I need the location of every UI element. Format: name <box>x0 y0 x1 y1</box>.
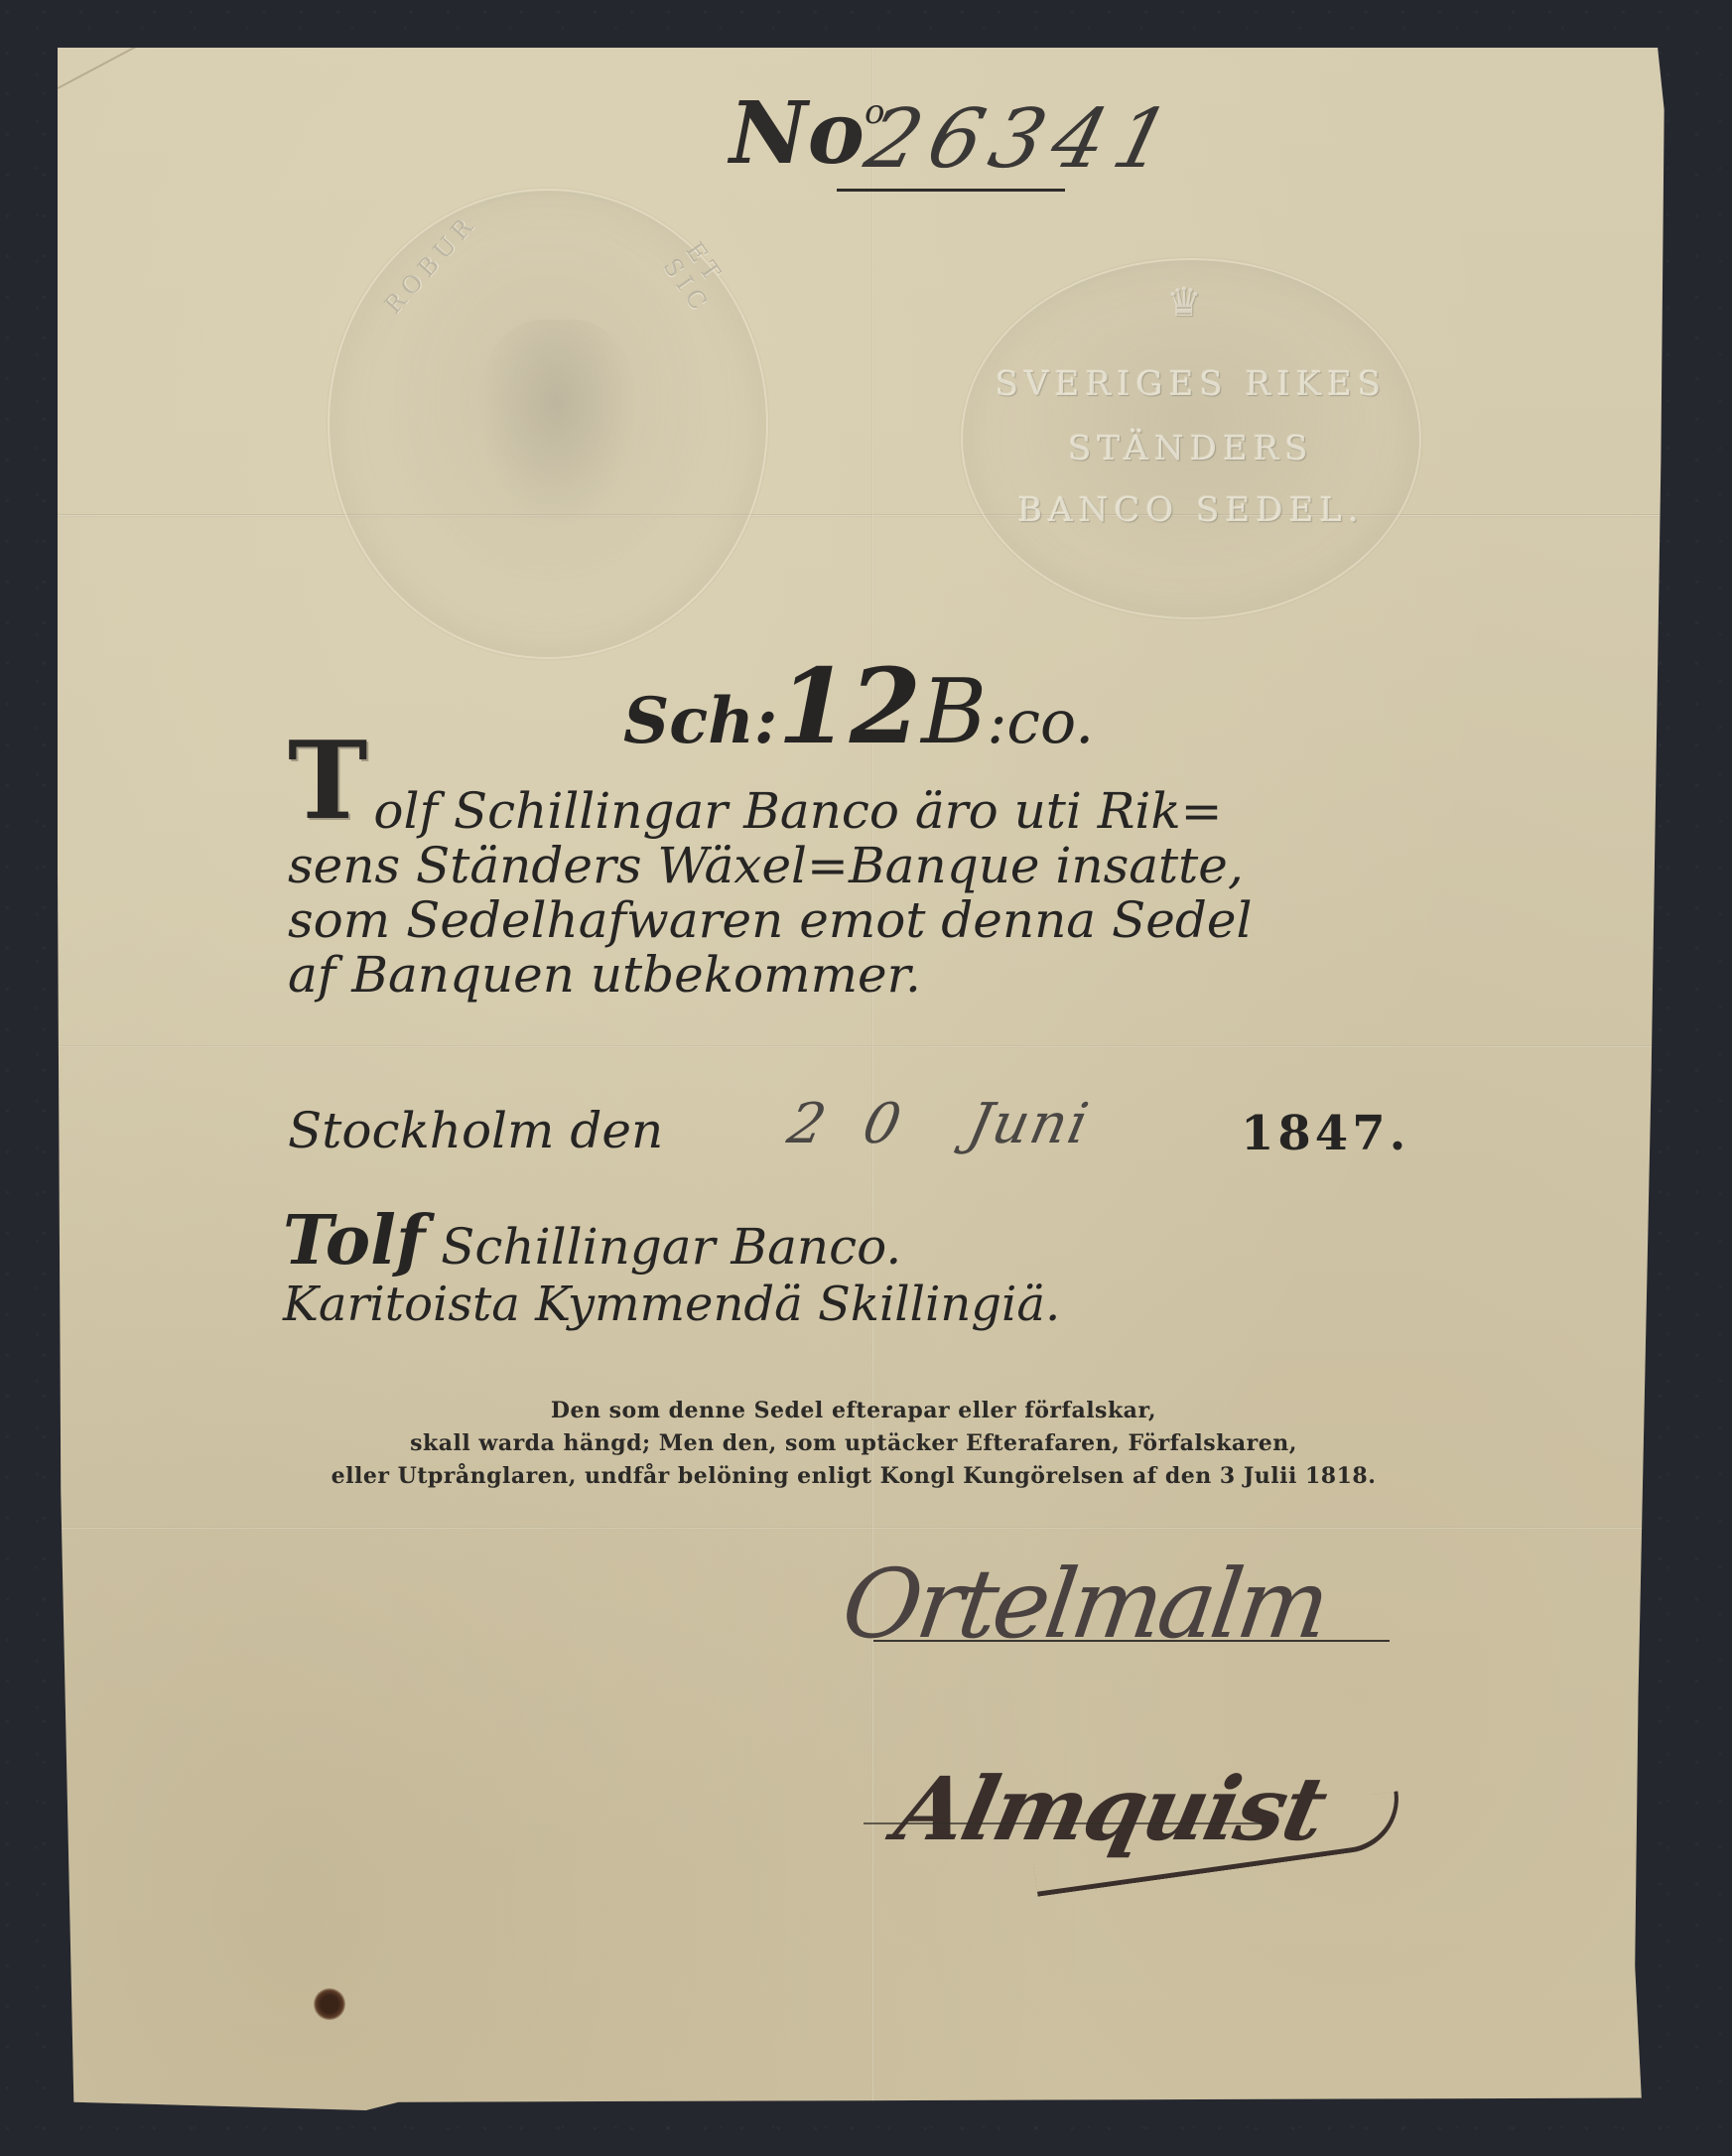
handwritten-date: 20Juni <box>782 1092 1096 1156</box>
body-line-3: som Sedelhafwaren emot denna Sedel <box>288 893 1439 948</box>
fold-line-horizontal-middle <box>58 1045 1680 1048</box>
body-line-1: olf Schillingar Banco äro uti Rik= <box>288 735 1439 839</box>
watermark-seal-left: ROBUR ET SIC <box>328 189 768 659</box>
ink-stain <box>314 1988 345 2020</box>
fold-line-horizontal-lower <box>58 1527 1680 1530</box>
handwritten-day: 20 <box>782 1092 946 1156</box>
watermark-line-1: SVERIGES RIKES <box>963 364 1419 404</box>
value-text-block: Tolf Schillingar Banco. Karitoista Kymme… <box>283 1211 1375 1332</box>
watermark-seal-right: ♛ SVERIGES RIKES STÄNDERS BANCO SEDEL. <box>961 258 1421 619</box>
serial-number-row: Noo 26341 <box>730 91 1285 201</box>
fold-line-horizontal-upper <box>58 514 1680 517</box>
crown-icon: ♛ <box>1166 280 1202 326</box>
ornamental-drop-cap: T <box>288 739 367 824</box>
place-label: Stockholm den <box>288 1102 663 1159</box>
promise-paragraph: T olf Schillingar Banco äro uti Rik= sen… <box>288 735 1439 1003</box>
banknote-paper <box>58 48 1680 2110</box>
body-line-2: sens Ständers Wäxel=Banque insatte, <box>288 839 1439 893</box>
warning-line-2: skall warda hängd; Men den, som uptäcker… <box>298 1427 1409 1460</box>
signature-1-line <box>873 1640 1390 1642</box>
value-swedish-word: Tolf <box>283 1201 425 1280</box>
value-swedish: Tolf Schillingar Banco. <box>283 1211 1375 1277</box>
place-date-row: Stockholm den 20Juni 1847. <box>288 1092 1429 1181</box>
watermark-line-2: STÄNDERS <box>963 429 1419 469</box>
serial-number: 26341 <box>859 99 1187 181</box>
warning-line-1: Den som denne Sedel efterapar eller förf… <box>298 1395 1409 1427</box>
issue-year: 1847. <box>1241 1106 1409 1161</box>
body-line-4: af Banquen utbekommer. <box>288 948 1439 1003</box>
signature-1: Ortelmalm <box>836 1549 1332 1660</box>
counterfeit-warning: Den som denne Sedel efterapar eller förf… <box>298 1395 1409 1493</box>
watermark-line-3: BANCO SEDEL. <box>963 490 1419 530</box>
value-finnish: Karitoista Kymmendä Skillingiä. <box>283 1277 1375 1332</box>
fold-line-vertical <box>871 48 874 2110</box>
seated-figure-icon <box>478 320 637 528</box>
handwritten-month: Juni <box>962 1092 1095 1156</box>
warning-line-3: eller Utprånglaren, undfår belöning enli… <box>298 1460 1409 1493</box>
value-swedish-rest: Schillingar Banco. <box>425 1218 901 1276</box>
serial-underline <box>837 189 1065 192</box>
